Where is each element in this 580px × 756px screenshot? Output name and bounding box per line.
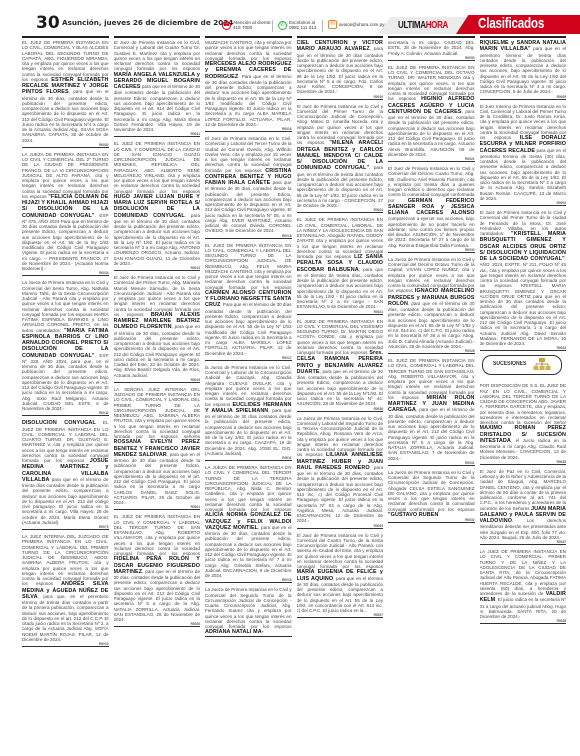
notice-body: . AÑO: 2024, EXPTE. Nº 211, FOLIO Nº 45 … bbox=[480, 256, 567, 346]
page-number: 30 bbox=[36, 14, 60, 32]
notice-reference: R0032 bbox=[388, 518, 475, 522]
contact-whatsapp: ✆ Escribinos al0981 111 013 bbox=[278, 20, 316, 30]
family-tree-icon bbox=[533, 358, 551, 371]
notice-reference: R0035 bbox=[480, 460, 567, 464]
contact-email: ✉ avisos@uhora.com.py bbox=[328, 20, 385, 29]
notice-reference: R0025 bbox=[297, 524, 384, 528]
notice-parties: "GUSTAVO RUBEN bbox=[388, 512, 438, 518]
legal-notice: El Juez de Primera Instancia en lo Civil… bbox=[480, 208, 567, 351]
notice-body: POR DISPOSICIÓN DE S.S. EL JUEZ DE PAZ E… bbox=[480, 383, 567, 425]
brand-logo: ULTIMAHORA bbox=[398, 20, 448, 31]
notice-body: El Juez de Primera Instancia en lo Civil… bbox=[114, 275, 201, 317]
legal-notice: EL JUEZ DE PRIMERA INSTANCIA EN LO CIVIL… bbox=[388, 356, 475, 466]
notice-body: , para que en el término de 30 días, con… bbox=[114, 324, 201, 377]
notice-reference: R0019 bbox=[205, 578, 292, 582]
notice-reference: R0001 bbox=[114, 505, 201, 509]
notice-reference: R0010 bbox=[22, 642, 109, 646]
notice-body: La Jueza de Primera Instancia en lo Civi… bbox=[388, 470, 475, 512]
notice-reference: R0017 bbox=[205, 356, 292, 360]
column-2: El Juez de Primera Instancia en lo Civil… bbox=[114, 36, 201, 751]
notice-body: para que en el perentorio término de tre… bbox=[480, 46, 567, 94]
legal-notice: MUZZACHI CANTERO, cita y emplaza por qui… bbox=[205, 38, 292, 132]
notice-body: , para que en el término de 30 días cont… bbox=[114, 452, 201, 505]
mail-icon: ✉ bbox=[328, 20, 337, 29]
notice-reference: R0005 bbox=[480, 95, 567, 99]
notice-body: EL JUEZ DE PRIMERA INSTANCIA EN LO CIVIL… bbox=[388, 358, 475, 400]
contact-phone: ☎ Atención al cliente:415 7000 bbox=[222, 20, 272, 30]
notice-reference: R0016 bbox=[205, 127, 292, 131]
notice-body: , para que en el término de 30 días cont… bbox=[297, 46, 384, 94]
legal-notice: LA JUEZ INTERINA DEL JUZGADO DE PRIMERA … bbox=[22, 532, 109, 647]
legal-notice: LA JUEZA DE PRIMERA INSTANCIA EN LO CIVI… bbox=[22, 150, 109, 277]
notice-reference: R0021 bbox=[297, 310, 384, 314]
notice-body: , para que en el término de 30 días, con… bbox=[388, 109, 475, 157]
page-header: 30 Asunción, jueves 26 de diciembre de 2… bbox=[0, 0, 580, 34]
sucesiones-section-header: SUCESIONES bbox=[482, 355, 563, 375]
notice-body: , para que en el término de 30 días, con… bbox=[388, 301, 475, 349]
notice-reference: R0037 bbox=[480, 540, 567, 544]
legal-notice: La Jueza de Primera Instancia en lo Civi… bbox=[388, 468, 475, 523]
notice-body: LA JUEZA DE PRIMERA INSTANCIA EN LO CIVI… bbox=[205, 465, 292, 512]
notice-reference: R0018 bbox=[205, 234, 292, 238]
notice-body: . Para que en el término de 30 días cont… bbox=[205, 302, 292, 355]
notice-body: , para que en el término de 30 días cont… bbox=[205, 408, 292, 456]
notice-reference: R0021 bbox=[388, 157, 475, 161]
column-1: EL JUEZ DE PRIMERA INSTANCIA EN LO CIVIL… bbox=[22, 36, 109, 751]
notice-body: MUZZACHI CANTERO, cita y emplaza por qui… bbox=[205, 40, 292, 61]
legal-notice: EL JUEZ DE PRIMERA INSTANCIA EN LO CIVIL… bbox=[297, 317, 384, 412]
notice-reference: R0030 bbox=[388, 248, 475, 252]
legal-notice: La Jueza de Primera Instancia en lo Civi… bbox=[297, 414, 384, 529]
notice-body: La Jueza de Primera Instancia en lo Civi… bbox=[205, 587, 292, 629]
section-title: Clasificados bbox=[478, 15, 544, 32]
notice-reference: R0038 bbox=[480, 619, 567, 623]
legal-notice: El Juez de Primera Instancia en lo Civil… bbox=[114, 273, 201, 383]
legal-notice: El Juez de Primera Instancia en lo Civil… bbox=[114, 38, 201, 137]
notice-body: comparezcan a ejercer sus acciones, bajo… bbox=[388, 216, 475, 247]
notice-body: , para que en el término de 30 días, con… bbox=[205, 525, 292, 578]
legal-notice: EL JUEZ DE PRIMERA INSTANCIA EN LO CIVIL… bbox=[205, 241, 292, 361]
notice-body: , para que en el término de 30 días cont… bbox=[297, 369, 384, 407]
divider bbox=[322, 20, 323, 32]
email-link[interactable]: avisos@uhora.com.py bbox=[339, 22, 385, 27]
notice-reference: R0031 bbox=[388, 461, 475, 465]
notice-reference: R0034 bbox=[22, 271, 109, 275]
legal-notice: El Juez de Primera Instancia en lo Civil… bbox=[297, 102, 384, 214]
notice-body: , para que en el término de treinta días… bbox=[297, 267, 384, 310]
legal-notice: EL JUEZ DE PRIMERA INSTANCIA EN LO CIVIL… bbox=[297, 215, 384, 314]
notice-reference: R0019 bbox=[297, 95, 384, 99]
legal-notice: secretaría a mi cargo. CIUDAD DEL ESTE, … bbox=[388, 38, 475, 61]
notice-reference: R0011 bbox=[205, 456, 292, 460]
notice-reference: R0028 bbox=[388, 349, 475, 353]
legal-notice: DISOLUCION CONYUGAL EL JUEZ DE PRIMERA I… bbox=[22, 418, 109, 530]
legal-notice: POR DISPOSICIÓN DE S.S. EL JUEZ DE PAZ E… bbox=[480, 381, 567, 465]
notice-body: para que en el perentorio término de tre… bbox=[480, 148, 567, 201]
notice-body: . Para que en el término de 30 días cont… bbox=[205, 74, 292, 127]
legal-notice: La Jueza de Primera Instancia en lo Civi… bbox=[22, 278, 109, 416]
legal-notice: El Juez de Primera Instancia en lo Civil… bbox=[205, 134, 292, 239]
notice-body: , para que en el término de 30 días, con… bbox=[388, 407, 475, 460]
notice-body: EL JUEZ DE PRIMERA INSTANCIA EN LO CIVIL… bbox=[297, 217, 384, 259]
notice-body: , para que, en el perentorio término de … bbox=[22, 594, 109, 642]
column-6: RIQUELME y SANDRA NATALIA MARIN VILLALBA… bbox=[480, 36, 567, 751]
legal-notice: La Jueza de Primera Instancia en lo Civi… bbox=[205, 585, 292, 636]
section-label: SUCESIONES bbox=[493, 361, 526, 367]
legal-notice: EL JUEZ DE PRIMERA INSTANCIA EN LO CIVIL… bbox=[114, 139, 201, 271]
notice-reference: R0027 bbox=[297, 613, 384, 617]
notice-body: , para que en el término de 30 días, con… bbox=[297, 465, 384, 524]
notice-body: para que en el término de treinta días c… bbox=[22, 477, 109, 525]
column-4: CIEL CENTURION y VICTOR MARIO ARAUJO ALV… bbox=[297, 36, 384, 751]
notice-body: EL JUEZ DE PRIMERA INSTANCIA EN LO CIVIL… bbox=[114, 514, 201, 556]
phone-icon: ☎ bbox=[222, 21, 231, 30]
issue-date: Asunción, jueves 26 de diciembre de 2024 bbox=[62, 18, 233, 27]
notice-body: secretaría a mi cargo. CIUDAD DEL ESTE, … bbox=[388, 40, 475, 56]
legal-notice: La Jueza de Primera Instancia en lo Civi… bbox=[388, 255, 475, 354]
legal-notice: El Juez de Primera Instancia en lo Civil… bbox=[388, 164, 475, 253]
notice-body: . EXP Nº 328, AÑO 2024, para que, en el … bbox=[22, 353, 109, 412]
notice-body: El Juez de Primera Instancia en lo Civil… bbox=[297, 533, 384, 570]
notice-body: LA JUEZA DE PRIMERA INSTANCIA EN LO CIVI… bbox=[22, 152, 109, 199]
notice-reference: R0033 bbox=[480, 346, 567, 350]
notice-body: EL JUEZ DE PRIMERA INSTANCIA EN LO CIVIL… bbox=[114, 141, 201, 193]
notice-reference: R0070 bbox=[22, 525, 109, 529]
notice-body: la Jueza de Primera Instancia en lo Civi… bbox=[205, 365, 292, 407]
notice-body: LA SEÑORA JUEZ INTERINA DEL JUZGADO DE P… bbox=[114, 387, 201, 439]
notice-reference: R0026 bbox=[297, 407, 384, 411]
notice-body: , para que en el término de 30 días, con… bbox=[114, 213, 201, 266]
notice-parties: ADRIANA NATALI MA- bbox=[205, 629, 264, 635]
notice-reference: R0020 bbox=[114, 622, 201, 626]
notice-body: para que el término de 30 días, contados… bbox=[205, 180, 292, 233]
legal-notice: El Juez Interino de Primera Instancia en… bbox=[480, 102, 567, 207]
classifieds-columns: EL JUEZ DE PRIMERA INSTANCIA EN LO CIVIL… bbox=[22, 36, 566, 751]
column-5: secretaría a mi cargo. CIUDAD DEL ESTE, … bbox=[388, 36, 475, 751]
notice-body: , para que en el término de 30 días, con… bbox=[297, 576, 384, 614]
notice-reference: R0013 bbox=[114, 266, 201, 270]
notice-body: , para que, en el término de treinta día… bbox=[297, 165, 384, 208]
notice-reference: R0041 bbox=[114, 132, 201, 136]
legal-notice: EL JUEZ DE PRIMERA INSTANCIA EN LO CIVIL… bbox=[388, 63, 475, 162]
legal-notice: EL JUEZ DE PRIMERA INSTANCIA EN LO CIVIL… bbox=[114, 512, 201, 627]
notice-reference: R0042 bbox=[22, 411, 109, 415]
legal-notice: CIEL CENTURION y VICTOR MARIO ARAUJO ALV… bbox=[297, 38, 384, 100]
notice-reference: R0015 bbox=[114, 378, 201, 382]
notice-body: LA JUEZ INTERINA DEL JUZGADO DE PRIMERA … bbox=[22, 534, 109, 586]
column-3: MUZZACHI CANTERO, cita y emplaza por qui… bbox=[205, 36, 292, 751]
notice-reference: R0050 bbox=[388, 56, 475, 60]
legal-notice: El Juez de Primera Instancia en lo Civil… bbox=[297, 531, 384, 619]
whatsapp-icon: ✆ bbox=[278, 21, 287, 30]
notice-reference: R0024 bbox=[297, 208, 384, 212]
notice-body: EL JUEZ DE PRIMERA INSTANCIA EN LO CIVIL… bbox=[205, 243, 292, 290]
legal-notice: RIQUELME y SANDRA NATALIA MARIN VILLALBA… bbox=[480, 38, 567, 100]
legal-notice: LA JUEZ DE PRIMERA INSTANCIA EN LO CIVIL… bbox=[480, 547, 567, 624]
legal-notice: LA SEÑORA JUEZ INTERINA DEL JUZGADO DE P… bbox=[114, 385, 201, 511]
notice-body: LA JUEZ DE PRIMERA INSTANCIA EN LO CIVIL… bbox=[480, 549, 567, 596]
notice-body: El Juez de Primera Instancia en lo Civil… bbox=[114, 40, 201, 71]
notice-body: , para que en el término de 30 días, con… bbox=[114, 569, 201, 622]
notice-body: El Juez de Paz en lo Civil, Comercial, L… bbox=[480, 469, 567, 511]
notice-body: La Jueza de Primera Instancia en lo Civi… bbox=[22, 280, 109, 332]
legal-notice: El Juez de Paz en lo Civil, Comercial, L… bbox=[480, 467, 567, 545]
notice-body: . EXP Nº 375, AÑO 2024 Para que en térmi… bbox=[22, 213, 109, 272]
legal-notice: LA JUEZA DE PRIMERA INSTANCIA EN LO CIVI… bbox=[205, 463, 292, 583]
notice-body: para que en el término de 30 días contad… bbox=[114, 84, 201, 132]
notice-reference: R0052 bbox=[22, 143, 109, 147]
notice-body: EL JUEZ DE PRIMERA INSTANCIA EN LO CIVIL… bbox=[22, 420, 109, 463]
notice-heading: DISOLUCION CONYUGAL bbox=[22, 420, 96, 426]
legal-notice: EL JUEZ DE PRIMERA INSTANCIA EN LO CIVIL… bbox=[22, 38, 109, 148]
legal-notice: la Jueza de Primera Instancia en lo Civi… bbox=[205, 363, 292, 461]
divider bbox=[272, 20, 273, 32]
notice-reference: R0002 bbox=[480, 201, 567, 205]
notice-body: El Juez de Primera Instancia en lo Civil… bbox=[297, 104, 384, 146]
notice-body: La Jueza de Primera Instancia en lo Civi… bbox=[297, 416, 384, 458]
notice-body: EL JUEZ DE PRIMERA INSTANCIA EN LO CIVIL… bbox=[22, 40, 109, 82]
notice-body: , para que en el término de 30 días, con… bbox=[22, 89, 109, 142]
